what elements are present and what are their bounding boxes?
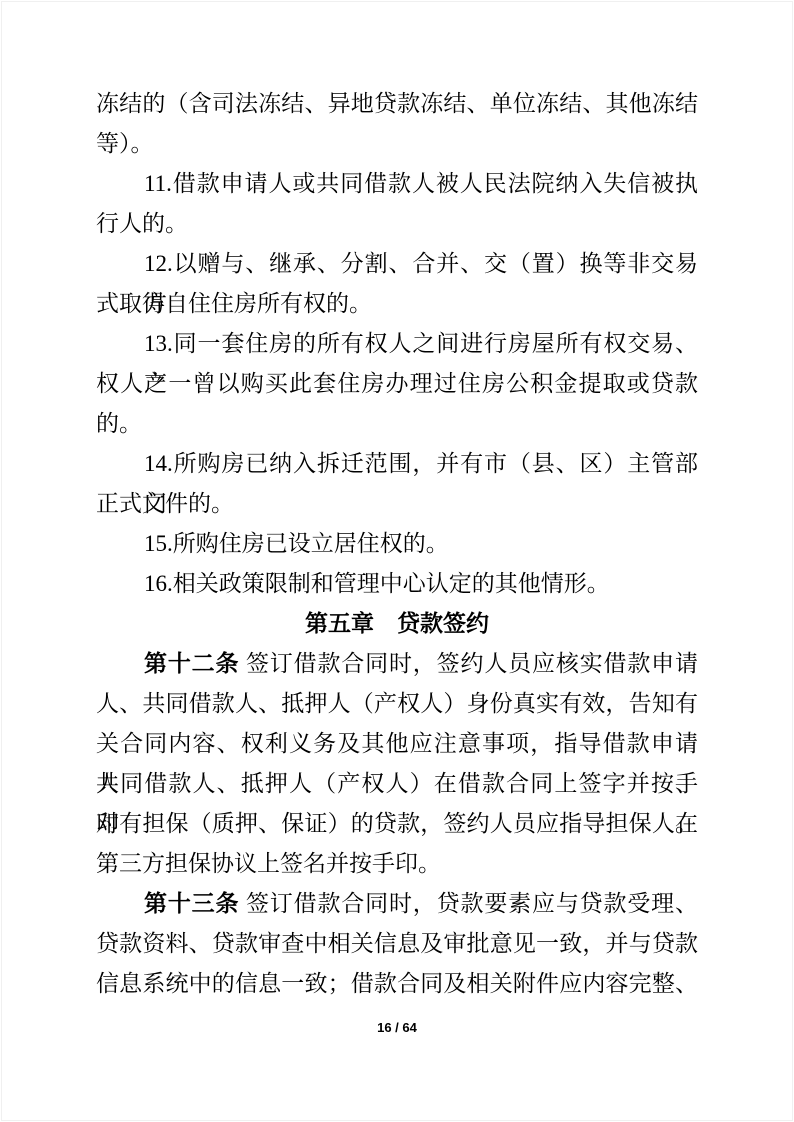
article-text: 签订借款合同时，签约人员应核实借款申请: [246, 651, 698, 676]
text-line: 行人的。: [96, 204, 698, 244]
text-line: 关合同内容、权利义务及其他应注意事项，指导借款申请人、: [96, 724, 698, 764]
text-line: 第十二条 签订借款合同时，签约人员应核实借款申请: [96, 644, 698, 684]
paragraph-item-15: 15.所购住房已设立居住权的。: [96, 524, 698, 564]
text-line: 第十三条 签订借款合同时，贷款要素应与贷款受理、: [96, 884, 698, 924]
text-line: 正式文件的。: [96, 484, 698, 524]
paragraph-item-11: 11.借款申请人或共同借款人被人民法院纳入失信被执 行人的。: [96, 164, 698, 244]
paragraph-item-13: 13.同一套住房的所有权人之间进行房屋所有权交易、产 权人之一曾以购买此套住房办…: [96, 324, 698, 444]
text-line: 等）。: [96, 124, 698, 164]
text-line: 第三方担保协议上签名并按手印。: [96, 844, 698, 884]
text-line: 16.相关政策限制和管理中心认定的其他情形。: [96, 564, 698, 604]
article-number-label: 第十二条: [144, 651, 239, 676]
text-line: 人、共同借款人、抵押人（产权人）身份真实有效，告知有: [96, 684, 698, 724]
document-text-block: 冻结的（含司法冻结、异地贷款冻结、单位冻结、其他冻结 等）。 11.借款申请人或…: [96, 84, 698, 1004]
text-line: 贷款资料、贷款审查中相关信息及审批意见一致，并与贷款: [96, 924, 698, 964]
text-line: 信息系统中的信息一致；借款合同及相关附件应内容完整、: [96, 964, 698, 1004]
text-line: 式取得自住住房所有权的。: [96, 284, 698, 324]
text-line: 15.所购住房已设立居住权的。: [96, 524, 698, 564]
text-line: 对有担保（质押、保证）的贷款，签约人员应指导担保人在: [96, 804, 698, 844]
text-line: 共同借款人、抵押人（产权人）在借款合同上签字并按手印。: [96, 764, 698, 804]
document-page: 冻结的（含司法冻结、异地贷款冻结、单位冻结、其他冻结 等）。 11.借款申请人或…: [0, 0, 794, 1122]
text-line: 冻结的（含司法冻结、异地贷款冻结、单位冻结、其他冻结: [96, 84, 698, 124]
text-line: 权人之一曾以购买此套住房办理过住房公积金提取或贷款: [96, 364, 698, 404]
paragraph-item-14: 14.所购房已纳入拆迁范围，并有市（县、区）主管部门 正式文件的。: [96, 444, 698, 524]
text-line: 11.借款申请人或共同借款人被人民法院纳入失信被执: [96, 164, 698, 204]
paragraph-frozen-types: 冻结的（含司法冻结、异地贷款冻结、单位冻结、其他冻结 等）。: [96, 84, 698, 164]
paragraph-article-13: 第十三条 签订借款合同时，贷款要素应与贷款受理、 贷款资料、贷款审查中相关信息及…: [96, 884, 698, 1004]
text-line: 的。: [96, 404, 698, 444]
page-number-indicator: 16 / 64: [377, 1020, 417, 1035]
paragraph-item-16: 16.相关政策限制和管理中心认定的其他情形。: [96, 564, 698, 604]
text-line: 13.同一套住房的所有权人之间进行房屋所有权交易、产: [96, 324, 698, 364]
paragraph-article-12: 第十二条 签订借款合同时，签约人员应核实借款申请 人、共同借款人、抵押人（产权人…: [96, 644, 698, 884]
article-number-label: 第十三条: [144, 891, 239, 916]
paragraph-item-12: 12.以赠与、继承、分割、合并、交（置）换等非交易方 式取得自住住房所有权的。: [96, 244, 698, 324]
text-line: 12.以赠与、继承、分割、合并、交（置）换等非交易方: [96, 244, 698, 284]
text-line: 14.所购房已纳入拆迁范围，并有市（县、区）主管部门: [96, 444, 698, 484]
article-text: 签订借款合同时，贷款要素应与贷款受理、: [246, 891, 698, 916]
chapter-5-heading: 第五章 贷款签约: [96, 604, 698, 644]
page-footer: 16 / 64: [0, 1020, 794, 1035]
